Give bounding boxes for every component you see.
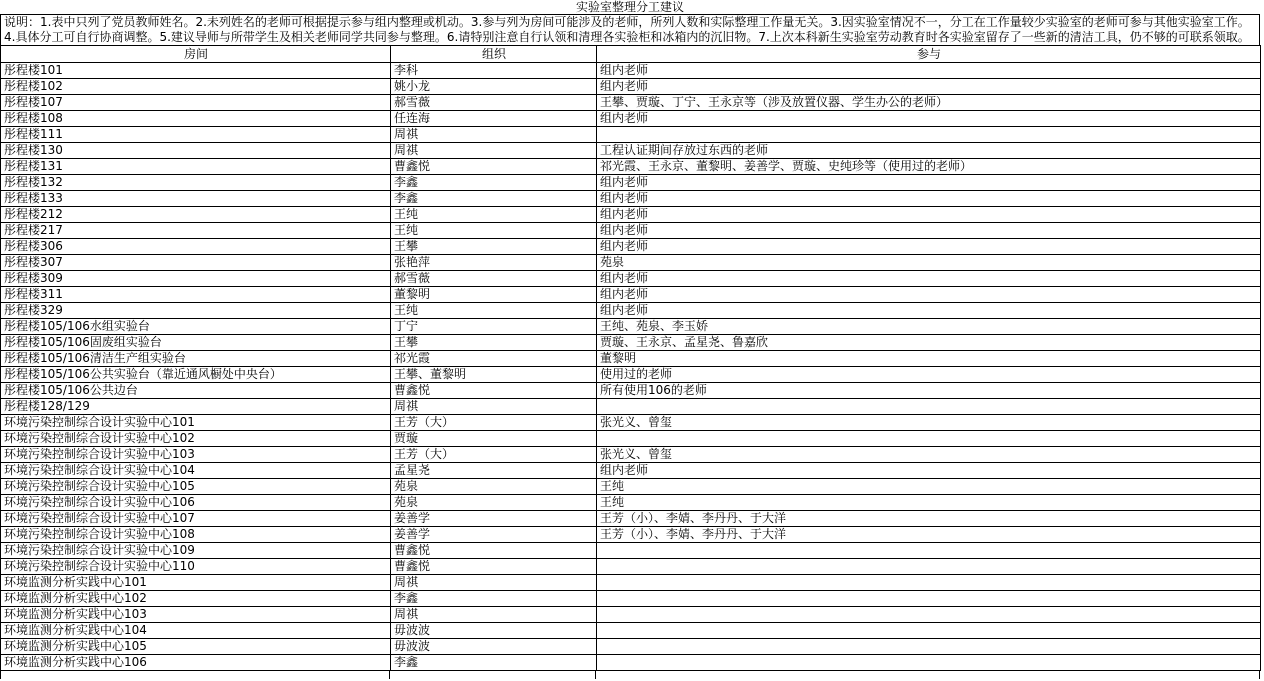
room-cell: 彤程楼107 bbox=[1, 95, 391, 111]
spreadsheet-page: 实验室整理分工建议 说明：1.表中只列了党员教师姓名。2.未列姓名的老师可根据提… bbox=[0, 0, 1260, 679]
participants-cell: 张光义、曾玺 bbox=[597, 447, 1261, 463]
room-cell: 彤程楼105/106水组实验台 bbox=[1, 319, 391, 335]
participants-cell: 组内老师 bbox=[597, 79, 1261, 95]
room-cell: 彤程楼130 bbox=[1, 143, 391, 159]
table-row: 彤程楼105/106固废组实验台王攀贾璇、王永京、孟星尧、鲁嘉欣 bbox=[1, 335, 1261, 351]
organizer-cell: 苑泉 bbox=[391, 479, 597, 495]
participants-cell bbox=[597, 639, 1261, 655]
organizer-cell: 姜善学 bbox=[391, 527, 597, 543]
room-cell: 彤程楼132 bbox=[1, 175, 391, 191]
room-cell: 环境监测分析实践中心106 bbox=[1, 655, 391, 671]
room-cell: 环境污染控制综合设计实验中心106 bbox=[1, 495, 391, 511]
organizer-cell: 王芳（大） bbox=[391, 447, 597, 463]
room-cell: 环境污染控制综合设计实验中心107 bbox=[1, 511, 391, 527]
notes-cell: 说明：1.表中只列了党员教师姓名。2.未列姓名的老师可根据提示参与组内整理或机动… bbox=[0, 14, 1260, 46]
organizer-cell: 李鑫 bbox=[391, 191, 597, 207]
table-row: 环境污染控制综合设计实验中心101王芳（大）张光义、曾玺 bbox=[1, 415, 1261, 431]
room-cell: 彤程楼306 bbox=[1, 239, 391, 255]
participants-cell: 组内老师 bbox=[597, 239, 1261, 255]
participants-cell: 王攀、贾璇、丁宁、王永京等（涉及放置仪器、学生办公的老师） bbox=[597, 95, 1261, 111]
organizer-cell: 王攀 bbox=[391, 239, 597, 255]
participants-cell: 董黎明 bbox=[597, 351, 1261, 367]
organizer-cell: 任连海 bbox=[391, 111, 597, 127]
organizer-cell: 李鑫 bbox=[391, 591, 597, 607]
room-cell: 环境污染控制综合设计实验中心110 bbox=[1, 559, 391, 575]
organizer-cell: 周祺 bbox=[391, 127, 597, 143]
table-row: 环境污染控制综合设计实验中心108姜善学王芳（小）、李婧、李丹丹、于大洋 bbox=[1, 527, 1261, 543]
table-row: 彤程楼105/106公共边台曹鑫悦所有使用106的老师 bbox=[1, 383, 1261, 399]
table-row: 环境污染控制综合设计实验中心102贾璇 bbox=[1, 431, 1261, 447]
participants-cell bbox=[597, 623, 1261, 639]
participants-cell bbox=[597, 575, 1261, 591]
organizer-cell: 毋波波 bbox=[391, 639, 597, 655]
room-cell: 环境污染控制综合设计实验中心103 bbox=[1, 447, 391, 463]
participants-cell: 祁光霞、王永京、董黎明、姜善学、贾璇、史纯珍等（使用过的老师） bbox=[597, 159, 1261, 175]
table-row: 彤程楼102姚小龙组内老师 bbox=[1, 79, 1261, 95]
participants-cell: 贾璇、王永京、孟星尧、鲁嘉欣 bbox=[597, 335, 1261, 351]
organizer-cell: 姜善学 bbox=[391, 511, 597, 527]
organizer-cell: 祁光霞 bbox=[391, 351, 597, 367]
organizer-cell: 姚小龙 bbox=[391, 79, 597, 95]
notes-line-1: 说明：1.表中只列了党员教师姓名。2.未列姓名的老师可根据提示参与组内整理或机动… bbox=[4, 15, 1259, 30]
organizer-cell: 曹鑫悦 bbox=[391, 159, 597, 175]
organizer-cell: 郝雪薇 bbox=[391, 271, 597, 287]
table-row: 环境污染控制综合设计实验中心109曹鑫悦 bbox=[1, 543, 1261, 559]
room-cell: 彤程楼105/106公共实验台（靠近通风橱处中央台） bbox=[1, 367, 391, 383]
table-row: 彤程楼101李科组内老师 bbox=[1, 63, 1261, 79]
participants-cell: 张光义、曾玺 bbox=[597, 415, 1261, 431]
room-cell: 彤程楼128/129 bbox=[1, 399, 391, 415]
table-row: 环境监测分析实践中心102李鑫 bbox=[1, 591, 1261, 607]
room-cell: 彤程楼105/106固废组实验台 bbox=[1, 335, 391, 351]
participants-cell: 组内老师 bbox=[597, 207, 1261, 223]
participants-cell: 组内老师 bbox=[597, 303, 1261, 319]
organizer-cell: 王芳（大） bbox=[391, 415, 597, 431]
table-row: 环境监测分析实践中心104毋波波 bbox=[1, 623, 1261, 639]
organizer-cell: 李科 bbox=[391, 63, 597, 79]
organizer-cell: 周祺 bbox=[391, 607, 597, 623]
table-row: 彤程楼105/106清洁生产组实验台祁光霞董黎明 bbox=[1, 351, 1261, 367]
room-cell: 彤程楼307 bbox=[1, 255, 391, 271]
participants-cell: 工程认证期间存放过东西的老师 bbox=[597, 143, 1261, 159]
room-cell: 彤程楼329 bbox=[1, 303, 391, 319]
room-cell: 环境污染控制综合设计实验中心108 bbox=[1, 527, 391, 543]
page-title: 实验室整理分工建议 bbox=[0, 0, 1260, 14]
room-cell: 环境污染控制综合设计实验中心101 bbox=[1, 415, 391, 431]
room-cell: 彤程楼311 bbox=[1, 287, 391, 303]
room-cell: 环境监测分析实践中心104 bbox=[1, 623, 391, 639]
participants-cell: 王纯 bbox=[597, 479, 1261, 495]
table-row: 彤程楼132李鑫组内老师 bbox=[1, 175, 1261, 191]
table-row: 彤程楼130周祺工程认证期间存放过东西的老师 bbox=[1, 143, 1261, 159]
organizer-cell: 李鑫 bbox=[391, 655, 597, 671]
notes-line-2: 4.具体分工可自行协商调整。5.建议导师与所带学生及相关老师同学共同参与整理。6… bbox=[4, 30, 1259, 45]
table-row: 环境监测分析实践中心103周祺 bbox=[1, 607, 1261, 623]
table-row: 环境监测分析实践中心106李鑫 bbox=[1, 655, 1261, 671]
assignment-table: 房间 组织 参与 彤程楼101李科组内老师彤程楼102姚小龙组内老师彤程楼107… bbox=[0, 45, 1261, 671]
organizer-cell: 周祺 bbox=[391, 399, 597, 415]
participants-cell: 组内老师 bbox=[597, 191, 1261, 207]
participants-cell bbox=[597, 655, 1261, 671]
table-row: 彤程楼128/129周祺 bbox=[1, 399, 1261, 415]
table-row: 彤程楼108任连海组内老师 bbox=[1, 111, 1261, 127]
table-row: 彤程楼107郝雪薇王攀、贾璇、丁宁、王永京等（涉及放置仪器、学生办公的老师） bbox=[1, 95, 1261, 111]
organizer-cell: 王攀 bbox=[391, 335, 597, 351]
table-row: 环境污染控制综合设计实验中心105苑泉王纯 bbox=[1, 479, 1261, 495]
participants-cell: 使用过的老师 bbox=[597, 367, 1261, 383]
participants-cell: 王纯、苑泉、李玉娇 bbox=[597, 319, 1261, 335]
grid-line bbox=[595, 671, 596, 679]
table-row: 环境监测分析实践中心105毋波波 bbox=[1, 639, 1261, 655]
organizer-cell: 曹鑫悦 bbox=[391, 559, 597, 575]
table-row: 彤程楼329王纯组内老师 bbox=[1, 303, 1261, 319]
column-header-participants: 参与 bbox=[597, 46, 1261, 63]
table-row: 彤程楼111周祺 bbox=[1, 127, 1261, 143]
room-cell: 彤程楼108 bbox=[1, 111, 391, 127]
participants-cell: 王芳（小）、李婧、李丹丹、于大洋 bbox=[597, 527, 1261, 543]
room-cell: 彤程楼212 bbox=[1, 207, 391, 223]
room-cell: 彤程楼133 bbox=[1, 191, 391, 207]
organizer-cell: 苑泉 bbox=[391, 495, 597, 511]
table-row: 彤程楼212王纯组内老师 bbox=[1, 207, 1261, 223]
participants-cell: 组内老师 bbox=[597, 287, 1261, 303]
organizer-cell: 王攀、董黎明 bbox=[391, 367, 597, 383]
grid-line bbox=[0, 671, 1, 679]
organizer-cell: 毋波波 bbox=[391, 623, 597, 639]
table-row: 彤程楼307张艳萍苑泉 bbox=[1, 255, 1261, 271]
room-cell: 彤程楼102 bbox=[1, 79, 391, 95]
organizer-cell: 李鑫 bbox=[391, 175, 597, 191]
table-row: 彤程楼133李鑫组内老师 bbox=[1, 191, 1261, 207]
participants-cell bbox=[597, 127, 1261, 143]
participants-cell bbox=[597, 431, 1261, 447]
participants-cell: 组内老师 bbox=[597, 111, 1261, 127]
table-row: 环境监测分析实践中心101周祺 bbox=[1, 575, 1261, 591]
participants-cell: 王芳（小）、李婧、李丹丹、于大洋 bbox=[597, 511, 1261, 527]
participants-cell: 组内老师 bbox=[597, 175, 1261, 191]
participants-cell: 组内老师 bbox=[597, 223, 1261, 239]
organizer-cell: 董黎明 bbox=[391, 287, 597, 303]
organizer-cell: 郝雪薇 bbox=[391, 95, 597, 111]
table-row: 彤程楼306王攀组内老师 bbox=[1, 239, 1261, 255]
organizer-cell: 张艳萍 bbox=[391, 255, 597, 271]
table-header-row: 房间 组织 参与 bbox=[1, 46, 1261, 63]
participants-cell: 组内老师 bbox=[597, 463, 1261, 479]
table-row: 彤程楼105/106水组实验台丁宁王纯、苑泉、李玉娇 bbox=[1, 319, 1261, 335]
room-cell: 环境污染控制综合设计实验中心105 bbox=[1, 479, 391, 495]
table-body: 彤程楼101李科组内老师彤程楼102姚小龙组内老师彤程楼107郝雪薇王攀、贾璇、… bbox=[1, 63, 1261, 671]
room-cell: 彤程楼105/106公共边台 bbox=[1, 383, 391, 399]
organizer-cell: 王纯 bbox=[391, 223, 597, 239]
table-row: 环境污染控制综合设计实验中心106苑泉王纯 bbox=[1, 495, 1261, 511]
table-row: 环境污染控制综合设计实验中心110曹鑫悦 bbox=[1, 559, 1261, 575]
room-cell: 环境污染控制综合设计实验中心102 bbox=[1, 431, 391, 447]
cutoff-next-row bbox=[0, 671, 1260, 679]
table-row: 彤程楼311董黎明组内老师 bbox=[1, 287, 1261, 303]
organizer-cell: 周祺 bbox=[391, 575, 597, 591]
participants-cell: 组内老师 bbox=[597, 271, 1261, 287]
room-cell: 环境污染控制综合设计实验中心109 bbox=[1, 543, 391, 559]
grid-line bbox=[1259, 671, 1260, 679]
table-row: 环境污染控制综合设计实验中心107姜善学王芳（小）、李婧、李丹丹、于大洋 bbox=[1, 511, 1261, 527]
room-cell: 环境监测分析实践中心103 bbox=[1, 607, 391, 623]
organizer-cell: 丁宁 bbox=[391, 319, 597, 335]
room-cell: 彤程楼105/106清洁生产组实验台 bbox=[1, 351, 391, 367]
column-header-room: 房间 bbox=[1, 46, 391, 63]
participants-cell bbox=[597, 591, 1261, 607]
grid-line bbox=[389, 671, 390, 679]
table-row: 环境污染控制综合设计实验中心104孟星尧组内老师 bbox=[1, 463, 1261, 479]
participants-cell: 所有使用106的老师 bbox=[597, 383, 1261, 399]
organizer-cell: 曹鑫悦 bbox=[391, 543, 597, 559]
table-row: 彤程楼217王纯组内老师 bbox=[1, 223, 1261, 239]
room-cell: 环境监测分析实践中心105 bbox=[1, 639, 391, 655]
organizer-cell: 周祺 bbox=[391, 143, 597, 159]
participants-cell bbox=[597, 607, 1261, 623]
participants-cell bbox=[597, 543, 1261, 559]
room-cell: 彤程楼309 bbox=[1, 271, 391, 287]
participants-cell: 苑泉 bbox=[597, 255, 1261, 271]
participants-cell bbox=[597, 399, 1261, 415]
table-row: 彤程楼309郝雪薇组内老师 bbox=[1, 271, 1261, 287]
room-cell: 彤程楼131 bbox=[1, 159, 391, 175]
table-row: 彤程楼105/106公共实验台（靠近通风橱处中央台）王攀、董黎明使用过的老师 bbox=[1, 367, 1261, 383]
table-row: 环境污染控制综合设计实验中心103王芳（大）张光义、曾玺 bbox=[1, 447, 1261, 463]
participants-cell: 组内老师 bbox=[597, 63, 1261, 79]
organizer-cell: 王纯 bbox=[391, 303, 597, 319]
organizer-cell: 曹鑫悦 bbox=[391, 383, 597, 399]
participants-cell: 王纯 bbox=[597, 495, 1261, 511]
room-cell: 彤程楼101 bbox=[1, 63, 391, 79]
column-header-organizer: 组织 bbox=[391, 46, 597, 63]
room-cell: 环境监测分析实践中心102 bbox=[1, 591, 391, 607]
room-cell: 环境监测分析实践中心101 bbox=[1, 575, 391, 591]
room-cell: 彤程楼111 bbox=[1, 127, 391, 143]
organizer-cell: 孟星尧 bbox=[391, 463, 597, 479]
room-cell: 环境污染控制综合设计实验中心104 bbox=[1, 463, 391, 479]
table-row: 彤程楼131曹鑫悦祁光霞、王永京、董黎明、姜善学、贾璇、史纯珍等（使用过的老师） bbox=[1, 159, 1261, 175]
participants-cell bbox=[597, 559, 1261, 575]
organizer-cell: 王纯 bbox=[391, 207, 597, 223]
organizer-cell: 贾璇 bbox=[391, 431, 597, 447]
room-cell: 彤程楼217 bbox=[1, 223, 391, 239]
